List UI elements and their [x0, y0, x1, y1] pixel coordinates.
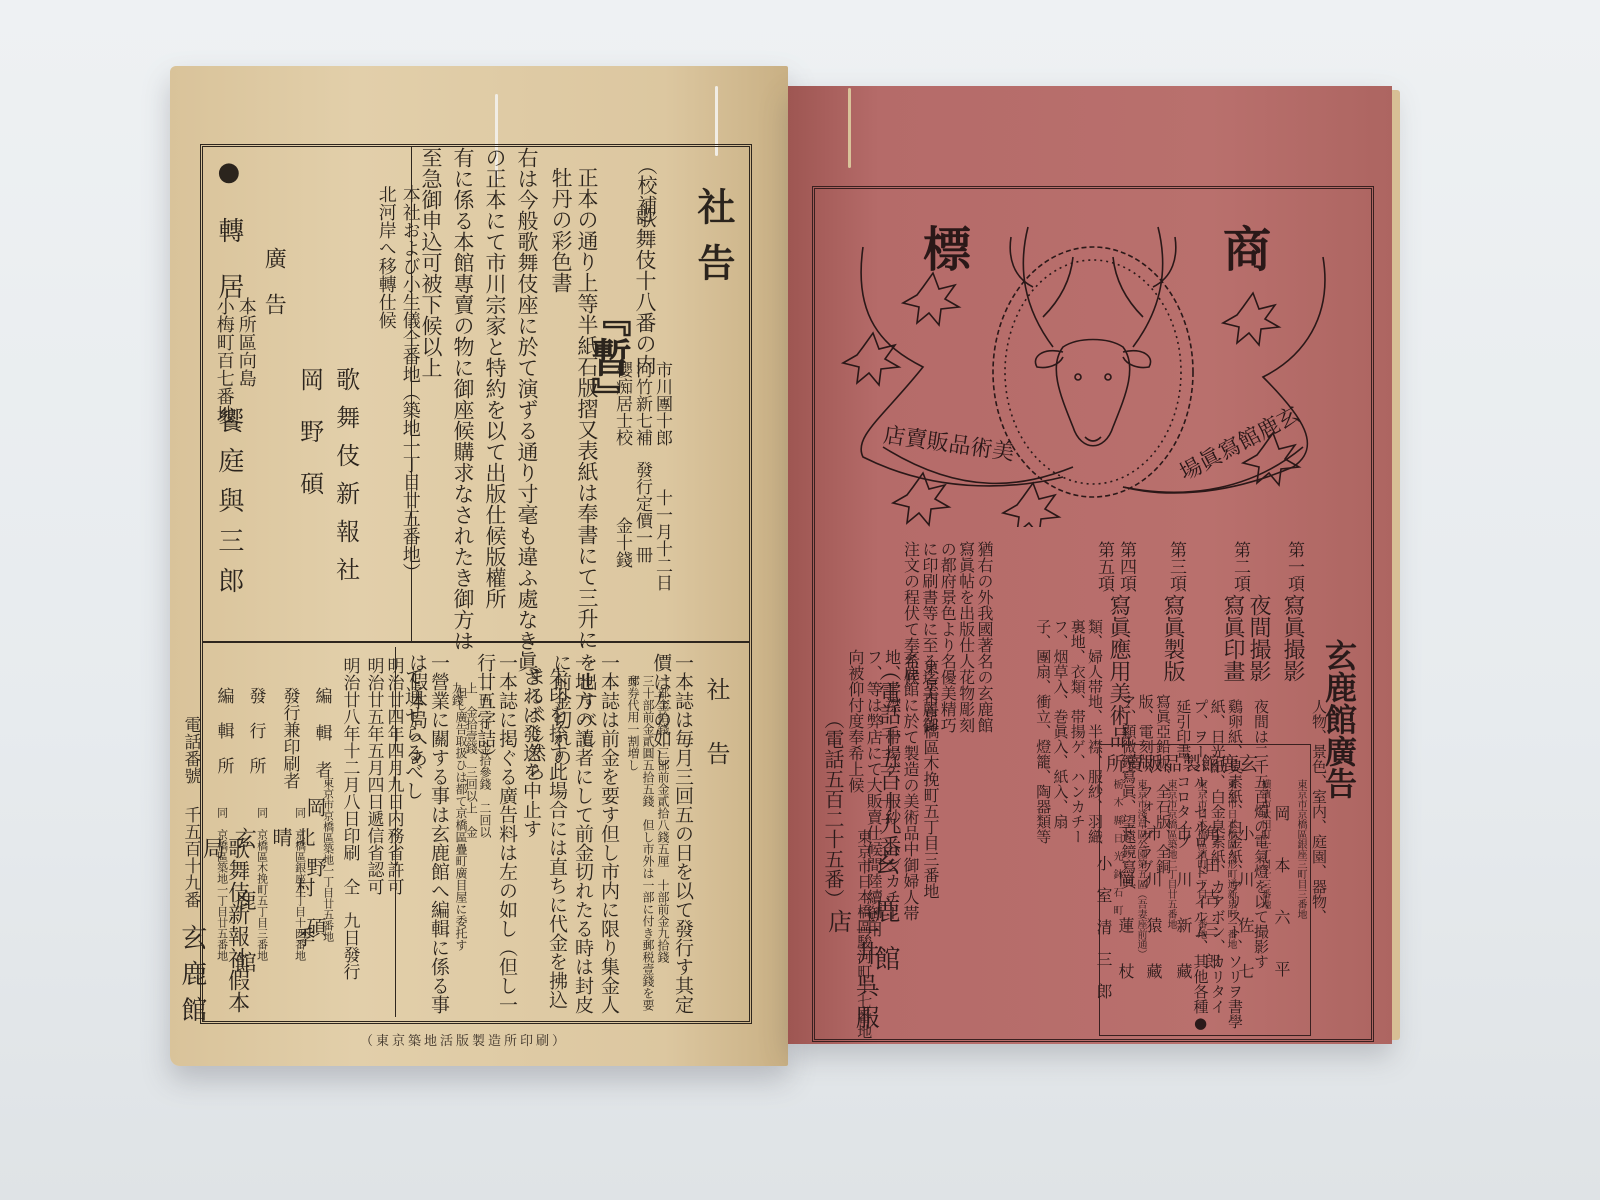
- shop-name: 岡本六平: [1272, 805, 1290, 1013]
- tel-label: 電話番號: [180, 716, 200, 784]
- trademark-emblem: 標 商: [823, 197, 1363, 527]
- permit: 明治廿四年四月九日内務省許可: [383, 657, 403, 895]
- relocation-person: 岡野碩: [295, 367, 323, 523]
- notice-item: て通せらるべし: [401, 667, 423, 800]
- print-date: 明治廿八年十二月八日印刷 仝 九日發行: [339, 657, 359, 980]
- notice-body-line: 牡丹の彩色書: [549, 167, 573, 293]
- notice-series: 歌舞伎十八番の内: [633, 207, 657, 375]
- mitsui-tel: （電話五百二十五番）: [821, 709, 844, 909]
- sales-box: 玄鹿館製品販賣所 東京市京橋區銀座三町目三番地 岡本六平 横濱市太田町一丁目十三…: [1099, 744, 1311, 1036]
- imprint-address: 同 京橋區木挽町五丁目三番地: [255, 807, 268, 961]
- deer-head-icon: [823, 197, 1363, 527]
- item-label: 寫眞印畫: [1220, 594, 1245, 682]
- left-page: 社告 （校補） 歌舞伎十八番の内 『暫』 市川團十郎 河竹新七補 櫻痴居士校 十…: [170, 66, 788, 1066]
- shop-name: 小室清三郎: [1094, 855, 1112, 1015]
- notice-item: 但し廣告取扱ひは都て京橋區疊町廣目屋に委托す: [453, 687, 467, 951]
- mitsui-name: 三井呉服店: [823, 909, 878, 1039]
- tel-name: 玄鹿館: [176, 924, 206, 1032]
- item-number: 第三項: [1165, 541, 1185, 592]
- ad-name: 饗庭與三郎: [213, 407, 243, 607]
- item-number: 第二項: [1229, 541, 1249, 592]
- item-detail: 人物、景色、室内、庭園、器物、: [1310, 699, 1327, 999]
- right-page: 標 商: [788, 86, 1392, 1044]
- notice-bottom-heading: 社告: [701, 677, 729, 805]
- credit: 河竹新七補: [631, 361, 651, 446]
- shop-name: 市川猿藏: [1144, 825, 1162, 1009]
- right-frame: 標 商: [812, 186, 1374, 1042]
- imprint-role: 發行兼印刷者: [279, 687, 299, 789]
- tel-number: 千五百十九番: [180, 806, 200, 908]
- notice-body-line: 有に係る本館專賣の物に御座候購求なされたき御方は: [451, 147, 475, 651]
- notice-body-line: 右は今般歌舞伎座に於て演ずる通り寸毫も違ふ處なき眞: [515, 147, 539, 672]
- item-label: 夜間撮影: [1246, 594, 1271, 682]
- sales-box-title: 玄鹿館製品販賣所: [1106, 749, 1258, 776]
- paper-tear: [848, 88, 851, 168]
- imprint-role: 編輯所: [213, 687, 233, 792]
- shop-address: 東京市日本橋區濱町一丁目十一番地: [1195, 779, 1207, 939]
- shop-address: 東京市京橋區築地二丁目廿五番地: [1165, 779, 1177, 929]
- ad-address: 本所區向島: [235, 297, 256, 387]
- price: 發行定價一冊: [631, 461, 651, 563]
- shop-address: 東京市淺草區公園第五區（吾妻座前通）: [1135, 779, 1147, 959]
- mitsui-text: 玄鹿館に於て製造の美術品中御婦人帯地、半襟、帯揚ゲ、服紗、ハンカチーフ、等は弊店…: [839, 649, 919, 939]
- ad-address: 小梅町百七番地: [213, 297, 234, 423]
- notice-body-line: 至急御申込可被下候以上: [419, 147, 443, 378]
- notice-body-line: の正本にて市川宗家と特約を以て出版仕候版權所: [483, 147, 507, 609]
- credit: 市川團十郎: [651, 361, 671, 446]
- shop-address: 横濱市太田町一丁目十三番地: [1259, 779, 1271, 909]
- permit: 明治廿五年五月四日遞信省認可: [363, 657, 383, 895]
- item-detail: 類、婦人帯地、半襟、服紗、羽織裏地、衣類、帯揚ゲ、ハンカチーフ、烟草入、巻眞入、…: [1003, 619, 1103, 844]
- notice-item: 一部金拾錢 三部前金貳拾八錢五厘 十部前金九拾錢: [655, 675, 669, 963]
- date: 十一月十二日: [651, 489, 671, 591]
- printer-line: （東京築地活版製造所印刷）: [360, 1030, 568, 1049]
- shop-address: 東京市日本橋區人形町通新泉町一番地: [1225, 779, 1237, 949]
- shop-name: 市川新藏: [1174, 825, 1192, 1009]
- item-label: 寫眞製版: [1160, 594, 1185, 682]
- imprint-name: 北村季晴: [269, 827, 315, 1021]
- relocation-company: 歌舞伎新報社: [331, 367, 359, 595]
- shop-address: 東京市京橋區銀座三町目三番地: [1295, 779, 1307, 919]
- notice-item: 郵券代用一割増し: [625, 675, 639, 771]
- item-number: 第五項: [1093, 541, 1113, 592]
- relocation-text: 本社および小生儀仝番地（築地一丁目廿五番地）: [399, 185, 420, 625]
- credit: 櫻痴居士校: [611, 361, 631, 446]
- notice-item: ざれば發送を中止す: [519, 667, 541, 838]
- left-frame: 社告 （校補） 歌舞伎十八番の内 『暫』 市川團十郎 河竹新七補 櫻痴居士校 十…: [200, 144, 752, 1024]
- item-label: 寫眞應用美術品: [1106, 594, 1131, 748]
- shop-name: 小川佐七: [1236, 825, 1254, 1009]
- divider: [203, 641, 749, 643]
- contact-address: 東京市京橋區木挽町五丁目三番地: [921, 659, 939, 899]
- ad-label: 廣告: [261, 247, 286, 339]
- page-edge: [1392, 90, 1400, 1040]
- item-number: 第四項: [1115, 541, 1135, 592]
- item-label: 寫眞撮影: [1280, 594, 1305, 682]
- relocation-text: 北河岸へ移轉仕候: [375, 185, 396, 329]
- price: 金十錢: [611, 517, 631, 568]
- item-number: 第一項: [1283, 541, 1303, 592]
- notice-heading: 社告: [691, 187, 735, 299]
- notice-body-line: 正本の通り上等半紙石版摺又表紙は奉書にて三升に: [575, 167, 599, 650]
- imprint-role: 發行所: [245, 687, 265, 792]
